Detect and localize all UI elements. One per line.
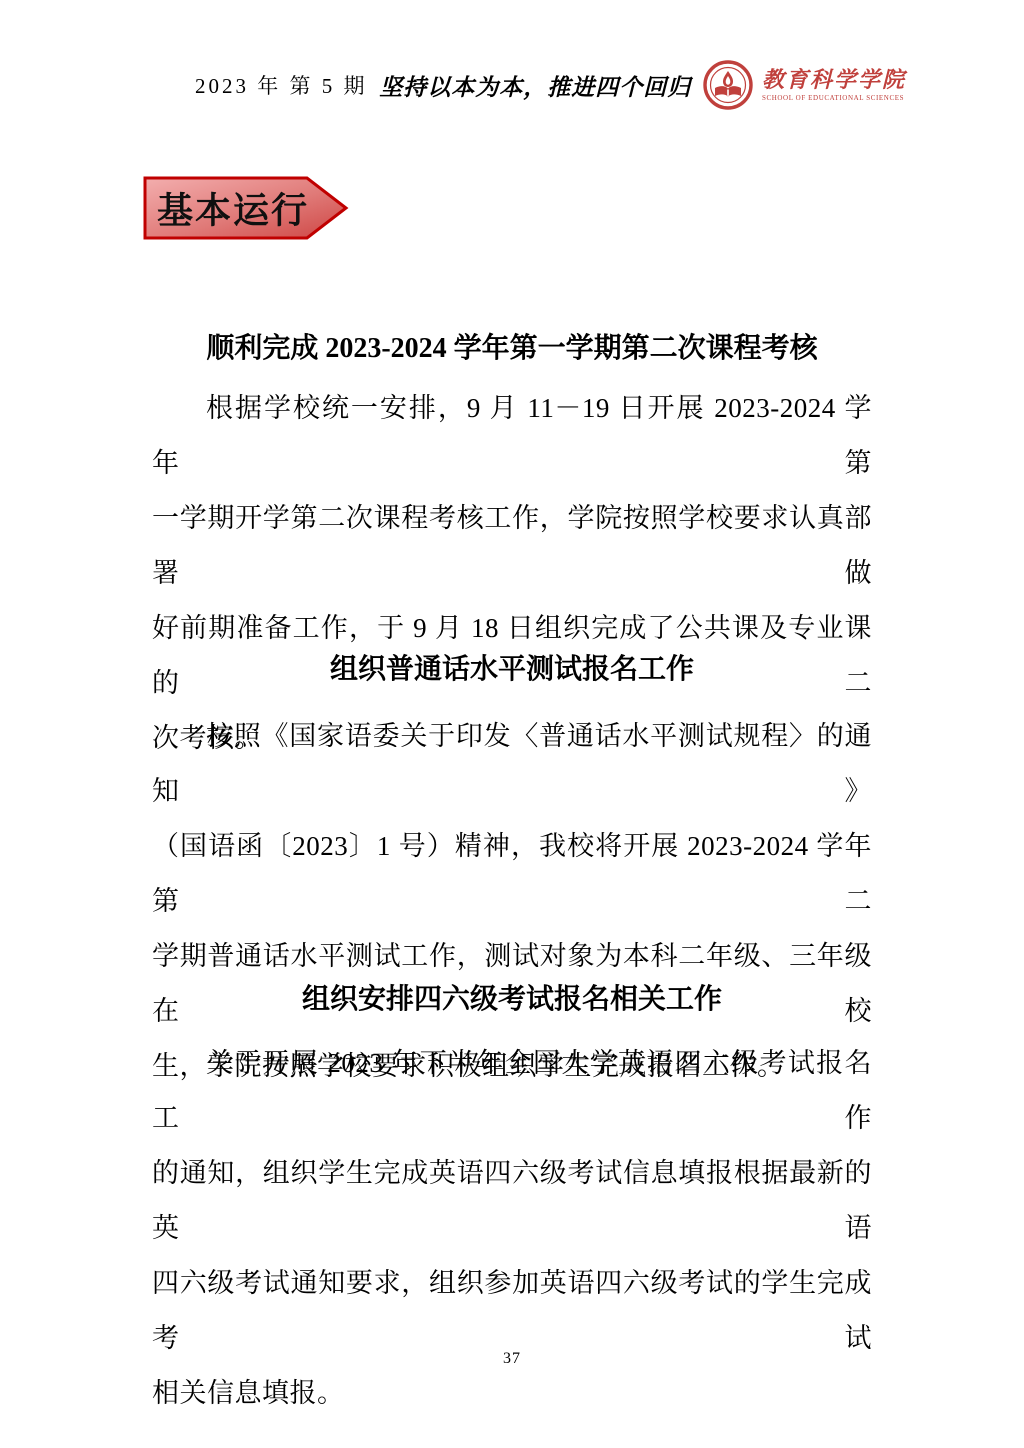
page-header: 2023 年 第 5 期 坚持以本为本，推进四个回归 教育科学学院 SCHOOL… — [195, 56, 906, 114]
section-title-course-assessment: 顺利完成 2023-2024 学年第一学期第二次课程考核 — [152, 333, 872, 365]
section-title-putonghua-test: 组织普通话水平测试报名工作 — [152, 654, 872, 686]
paragraph-line: 根据学校统一安排，9 月 11－19 日开展 2023-2024 学年第 — [152, 381, 872, 491]
page-number: 37 — [503, 1350, 521, 1367]
banner-label: 基本运行 — [157, 183, 305, 234]
paragraph-line: 一学期开学第二次课程考核工作，学院按照学校要求认真部署做 — [152, 491, 872, 601]
section-title-cet-registration: 组织安排四六级考试报名相关工作 — [152, 984, 872, 1016]
paragraph-line: 关于开展 2023 年下半年全国大学英语四六级考试报名工作 — [152, 1036, 872, 1146]
issue-label: 2023 年 第 5 期 — [195, 70, 368, 100]
paragraph-line: （国语函〔2023〕1 号）精神，我校将开展 2023-2024 学年第二 — [152, 819, 872, 929]
document-page: 2023 年 第 5 期 坚持以本为本，推进四个回归 教育科学学院 SCHOOL… — [0, 0, 1024, 1448]
section-banner: 基本运行 — [143, 176, 349, 240]
school-name-en: SCHOOL OF EDUCATIONAL SCIENCES — [762, 94, 904, 102]
paragraph-line: 相关信息填报。 — [152, 1366, 872, 1421]
school-name-zh: 教育科学学院 — [762, 68, 906, 92]
paragraph-line: 按照《国家语委关于印发〈普通话水平测试规程〉的通知》 — [152, 709, 872, 819]
school-seal-icon — [703, 60, 753, 110]
school-logo: 教育科学学院 SCHOOL OF EDUCATIONAL SCIENCES — [703, 60, 906, 110]
header-motto: 坚持以本为本，推进四个回归 — [379, 69, 691, 102]
paragraph-line: 的通知，组织学生完成英语四六级考试信息填报根据最新的英语 — [152, 1146, 872, 1256]
school-logo-text: 教育科学学院 SCHOOL OF EDUCATIONAL SCIENCES — [762, 68, 906, 102]
page-footer: 37 — [0, 1350, 1024, 1368]
